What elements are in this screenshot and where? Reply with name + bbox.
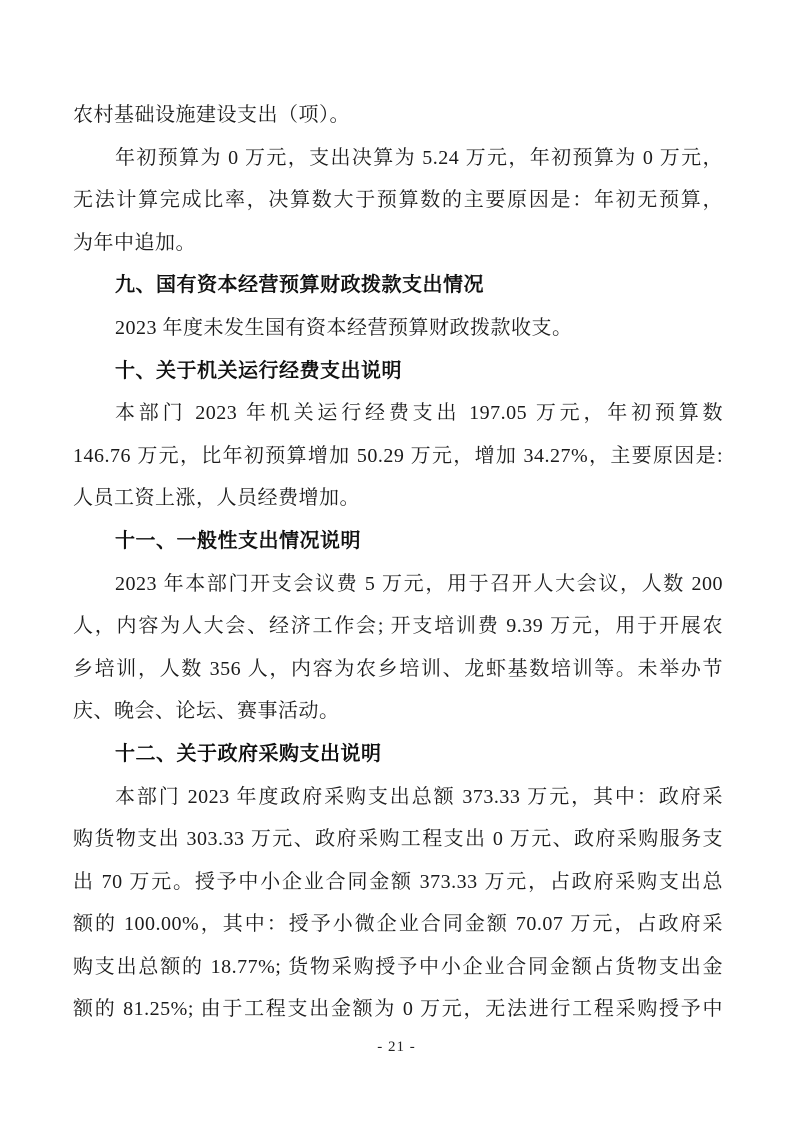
document-line: 本部门 2023 年机关运行经费支出 197.05 万元，年初预算数 [73,392,723,435]
document-line: 2023 年度未发生国有资本经营预算财政拨款收支。 [73,307,723,350]
document-line: 购货物支出 303.33 万元、政府采购工程支出 0 万元、政府采购服务支 [73,818,723,861]
section-heading: 十、关于机关运行经费支出说明 [73,350,723,393]
section-heading: 十一、一般性支出情况说明 [73,520,723,563]
document-line: 本部门 2023 年度政府采购支出总额 373.33 万元，其中：政府采 [73,776,723,819]
document-body: 农村基础设施建设支出（项）。 年初预算为 0 万元，支出决算为 5.24 万元，… [73,94,723,1031]
document-line: 2023 年本部门开支会议费 5 万元，用于召开人大会议，人数 200 [73,563,723,606]
document-line: 人，内容为人大会、经济工作会; 开支培训费 9.39 万元，用于开展农 [73,605,723,648]
document-line: 无法计算完成比率，决算数大于预算数的主要原因是：年初无预算， [73,179,723,222]
document-line: 为年中追加。 [73,222,723,265]
document-line: 人员工资上涨，人员经费增加。 [73,477,723,520]
page: 农村基础设施建设支出（项）。 年初预算为 0 万元，支出决算为 5.24 万元，… [0,0,793,1122]
document-line: 146.76 万元，比年初预算增加 50.29 万元，增加 34.27%，主要原… [73,435,723,478]
document-line: 购支出总额的 18.77%; 货物采购授予中小企业合同金额占货物支出金 [73,946,723,989]
document-line: 出 70 万元。授予中小企业合同金额 373.33 万元，占政府采购支出总 [73,861,723,904]
document-line: 庆、晚会、论坛、赛事活动。 [73,690,723,733]
document-line: 乡培训，人数 356 人，内容为农乡培训、龙虾基数培训等。未举办节 [73,648,723,691]
document-line: 年初预算为 0 万元，支出决算为 5.24 万元，年初预算为 0 万元， [73,137,723,180]
section-heading: 九、国有资本经营预算财政拨款支出情况 [73,264,723,307]
page-number: - 21 - [0,1036,793,1058]
document-line: 农村基础设施建设支出（项）。 [73,94,723,137]
document-line: 额的 100.00%，其中：授予小微企业合同金额 70.07 万元，占政府采 [73,903,723,946]
section-heading: 十二、关于政府采购支出说明 [73,733,723,776]
document-line: 额的 81.25%; 由于工程支出金额为 0 万元，无法进行工程采购授予中 [73,988,723,1031]
